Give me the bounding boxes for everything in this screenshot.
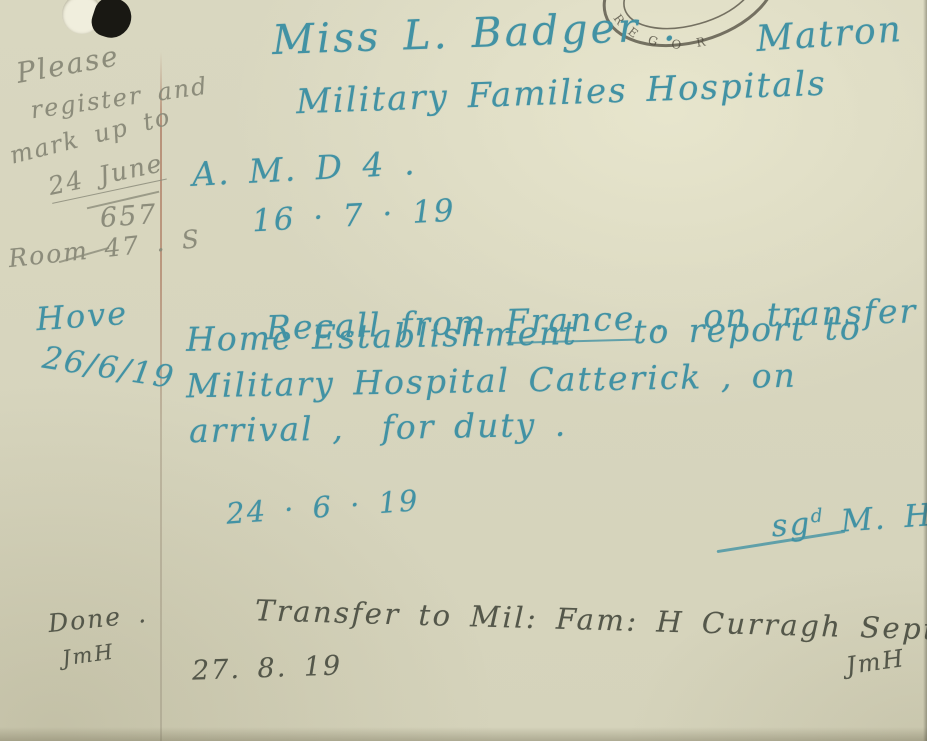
margin-note-date: 24 June xyxy=(46,150,167,204)
signature-prefix: sg xyxy=(770,505,812,544)
punch-hole xyxy=(62,0,102,34)
margin-room-note: Room 47 . S xyxy=(7,226,202,272)
order-line-3: Military Hospital Catterick , on xyxy=(186,359,797,404)
signature-initials: M. H xyxy=(822,497,927,541)
patient-role: Matron xyxy=(755,11,904,59)
signature: sgd M. H xyxy=(697,466,927,580)
ink-blot xyxy=(88,0,137,43)
reference-date: 16 · 7 · 19 xyxy=(251,195,456,238)
margin-done-initials: JmH xyxy=(61,640,116,669)
record-card: R E G O R Please register and mark up to… xyxy=(0,0,927,741)
transfer-note-text: Transfer to Mil: Fam: H Curragh Sept 1 xyxy=(255,594,927,648)
stamp-letter: R xyxy=(695,34,707,50)
bottom-edge-shadow xyxy=(0,727,927,741)
margin-note-please: Please xyxy=(14,41,122,88)
margin-place-date: 26/6/19 xyxy=(40,342,177,395)
order-line-4: arrival , for duty . xyxy=(189,408,568,449)
patient-name: Miss L. Badger . xyxy=(271,5,679,62)
margin-done-note: Done . xyxy=(47,601,149,638)
margin-place: Hove xyxy=(35,297,129,337)
reference-number: A. M. D 4 . xyxy=(191,146,417,192)
transfer-date: 27. 8. 19 xyxy=(192,652,343,686)
order-date: 24 · 6 · 19 xyxy=(225,485,420,529)
organisation-line: Military Families Hospitals xyxy=(296,67,828,121)
